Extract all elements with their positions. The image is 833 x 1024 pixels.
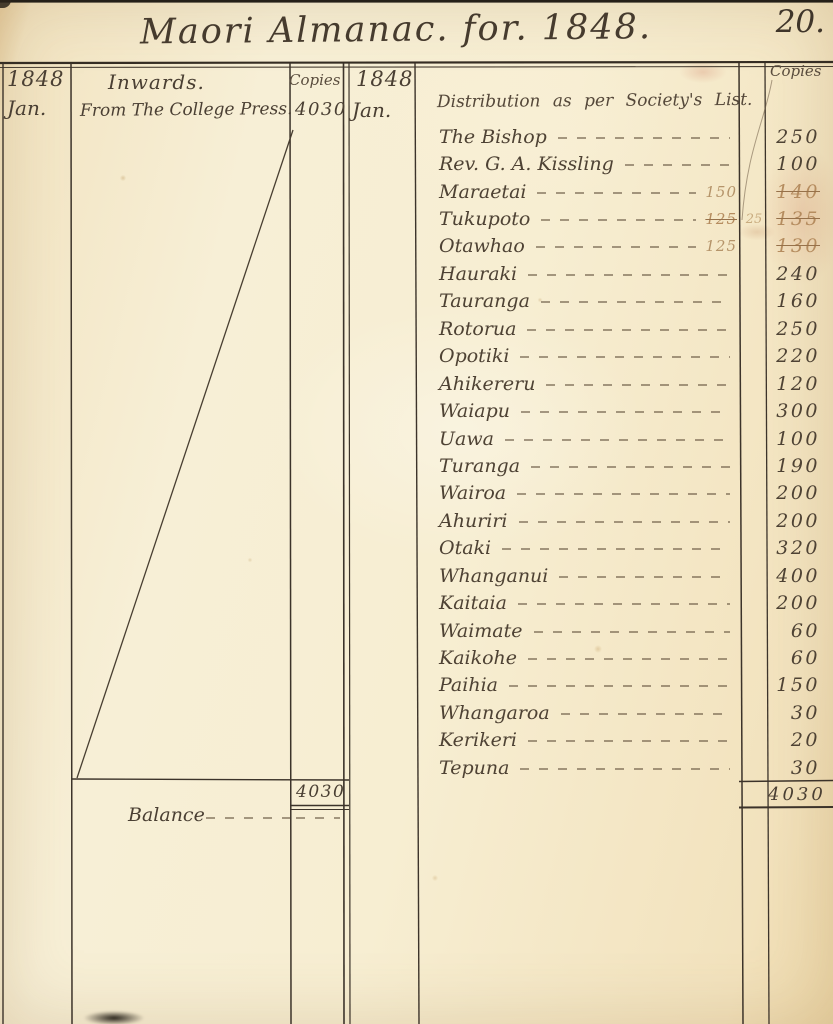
distribution-row: Tauranga 160 — [432, 288, 833, 315]
page-number: 20. — [776, 4, 825, 40]
distribution-row: Ahuriri 200 — [432, 507, 833, 534]
distribution-row: Otaki 320 — [432, 535, 833, 562]
inwards-entry-copies: 4030 — [295, 99, 347, 120]
leader-dashes — [561, 713, 730, 715]
ledger-page: Maori Almanac. for. 1848. 20. 1848 Jan. … — [0, 0, 833, 1024]
place-name: Opotiki — [432, 345, 509, 367]
place-name: Waiapu — [432, 400, 510, 422]
leader-dashes — [521, 411, 730, 413]
pencil-amount: 125 — [705, 210, 737, 228]
inwards-entry-description: From The College Press. — [80, 99, 293, 121]
place-name: Rev. G. A. Kissling — [432, 153, 614, 175]
distribution-heading: Distribution as per Society's List. — [437, 90, 753, 112]
place-name: Kaitaia — [432, 592, 507, 614]
copies-value: 20 — [769, 729, 833, 751]
distribution-row: Hauraki 240 — [432, 260, 833, 287]
leader-dashes — [517, 493, 730, 495]
distribution-row: Tukupoto 125 25 135 — [432, 205, 833, 232]
copies-value: 200 — [769, 592, 833, 614]
copies-value: 240 — [769, 263, 833, 285]
place-name: Tauranga — [432, 290, 530, 312]
place-name: Uawa — [432, 428, 494, 450]
scan-smudge — [84, 1011, 144, 1024]
leader-dashes — [505, 439, 730, 441]
distribution-row: Otawhao 125 130 — [432, 233, 833, 260]
leader-dashes — [625, 164, 730, 166]
leader-dashes — [527, 329, 730, 331]
leader-dashes — [518, 603, 730, 605]
copies-value: 220 — [769, 345, 833, 367]
distribution-row: Wairoa 200 — [432, 480, 833, 507]
copies-value: 250 — [769, 318, 833, 340]
place-name: Wairoa — [432, 482, 506, 504]
distribution-row: Waimate 60 — [432, 617, 833, 644]
distribution-row: Opotiki 220 — [432, 343, 833, 370]
place-name: Ahuriri — [432, 510, 508, 532]
copies-value: 135 — [769, 208, 833, 230]
copies-value: 100 — [769, 428, 833, 450]
copies-value: 130 — [769, 235, 833, 257]
diagonal-cross-stroke — [77, 130, 293, 778]
leader-dashes — [528, 658, 730, 660]
copies-value: 200 — [769, 482, 833, 504]
distribution-list: The Bishop 250 Rev. G. A. Kissling 100 M… — [432, 123, 833, 782]
distribution-row: Waiapu 300 — [432, 397, 833, 424]
copies-value: 400 — [769, 565, 833, 587]
distribution-row: Kaikohe 60 — [432, 644, 833, 671]
leader-dashes — [536, 246, 697, 248]
place-name: Maraetai — [432, 181, 526, 203]
copies-value: 30 — [769, 702, 833, 724]
leader-dashes — [509, 685, 730, 687]
left-copies-label: Copies — [289, 71, 340, 89]
place-name: Ahikereru — [432, 373, 535, 395]
distribution-row: Uawa 100 — [432, 425, 833, 452]
copies-value: 30 — [769, 757, 833, 779]
place-name: Tukupoto — [432, 208, 530, 230]
copies-value: 60 — [769, 620, 833, 642]
right-year: 1848 — [356, 67, 413, 91]
leader-dashes — [537, 192, 696, 194]
place-name: Paihia — [432, 674, 498, 696]
distribution-row: Whanganui 400 — [432, 562, 833, 589]
balance-label: Balance — [128, 804, 205, 826]
copies-value: 100 — [769, 153, 833, 175]
leader-dashes — [546, 384, 730, 386]
place-name: Whangaroa — [432, 702, 550, 724]
distribution-row: Ahikereru 120 — [432, 370, 833, 397]
distribution-row: The Bishop 250 — [432, 123, 833, 150]
distribution-row: Tepuna 30 — [432, 754, 833, 781]
page-title: Maori Almanac. for. 1848. — [140, 7, 620, 52]
copies-value: 140 — [769, 181, 833, 203]
distribution-row: Whangaroa 30 — [432, 699, 833, 726]
copies-value: 250 — [769, 126, 833, 148]
copies-value: 160 — [769, 290, 833, 312]
place-name: Kaikohe — [432, 647, 517, 669]
copies-value: 300 — [769, 400, 833, 422]
inwards-label: Inwards. — [108, 70, 205, 94]
right-copies-label: Copies — [770, 62, 821, 80]
leader-dashes — [541, 301, 730, 303]
place-name: Otawhao — [432, 235, 525, 257]
distribution-row: Kerikeri 20 — [432, 727, 833, 754]
leader-dashes — [502, 548, 730, 550]
place-name: Turanga — [432, 455, 520, 477]
distribution-row: Maraetai 150 140 — [432, 178, 833, 205]
leader-dashes — [558, 137, 730, 139]
left-total: 4030 — [296, 782, 345, 802]
distribution-row: Kaitaia 200 — [432, 589, 833, 616]
leader-dashes — [531, 466, 730, 468]
copies-value: 120 — [769, 373, 833, 395]
balance-copies-dashes — [296, 817, 340, 819]
pencil-amount: 125 — [705, 237, 737, 255]
left-month: Jan. — [7, 96, 46, 120]
pencil-amount: 150 — [705, 183, 737, 201]
leader-dashes — [520, 768, 730, 770]
copies-value: 320 — [769, 537, 833, 559]
right-month: Jan. — [352, 98, 391, 122]
place-name: The Bishop — [432, 126, 547, 148]
leader-dashes — [534, 631, 730, 633]
copies-value: 150 — [769, 674, 833, 696]
place-name: Waimate — [432, 620, 523, 642]
distribution-row: Rotorua 250 — [432, 315, 833, 342]
right-total: 4030 — [768, 784, 826, 805]
margin-note: 25 — [739, 212, 769, 227]
leader-dashes — [519, 521, 730, 523]
place-name: Tepuna — [432, 757, 509, 779]
place-name: Otaki — [432, 537, 491, 559]
leader-dashes — [528, 274, 730, 276]
copies-value: 190 — [769, 455, 833, 477]
place-name: Whanganui — [432, 565, 548, 587]
scan-edge-top — [0, 0, 833, 3]
copies-value: 200 — [769, 510, 833, 532]
copies-value: 60 — [769, 647, 833, 669]
place-name: Kerikeri — [432, 729, 517, 751]
distribution-row: Paihia 150 — [432, 672, 833, 699]
place-name: Hauraki — [432, 263, 517, 285]
distribution-row: Turanga 190 — [432, 452, 833, 479]
leader-dashes — [541, 219, 696, 221]
leader-dashes — [520, 356, 730, 358]
left-year: 1848 — [7, 67, 64, 91]
leader-dashes — [559, 576, 730, 578]
distribution-row: Rev. G. A. Kissling 100 — [432, 150, 833, 177]
place-name: Rotorua — [432, 318, 516, 340]
balance-leader-dashes — [206, 817, 290, 819]
leader-dashes — [528, 740, 730, 742]
